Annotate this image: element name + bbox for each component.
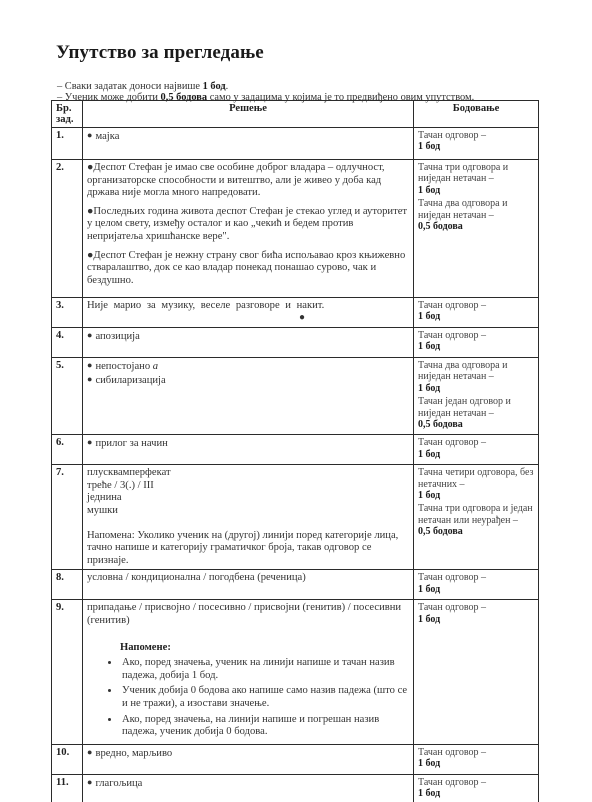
scoring-points: 1 бод [418, 449, 440, 460]
table-row: 2.●Деспот Стефан је имао све особине доб… [52, 160, 539, 298]
solution-paragraph: ●Деспот Стефан је нежну страну свог бића… [87, 250, 409, 288]
bullet-icon: ● [87, 777, 92, 787]
task-number: 5. [52, 358, 83, 435]
notes-item: Ученик добија 0 бодова ако напише само н… [120, 685, 409, 710]
scoring-cell: Тачан одговор –1 бод [414, 570, 539, 600]
scoring-criteria: Тачан одговор – [418, 437, 534, 448]
bullet-icon: ● [87, 313, 409, 323]
bullet-icon: ● [87, 437, 92, 447]
solution-cell: условна / кондиционална / погодбена (реч… [83, 570, 414, 600]
solution-cell: ●вредно, марљиво [83, 744, 414, 774]
table-header-row: Бр. зад. Решење Бодовање [52, 101, 539, 128]
table-row: 10.●вредно, марљивоТачан одговор –1 бод [52, 744, 539, 774]
bullet-icon: ● [87, 374, 92, 384]
task-number: 10. [52, 744, 83, 774]
scoring-criteria: Тачан одговор – [418, 130, 534, 141]
bullet-icon: ● [87, 130, 92, 140]
solution-line: плусквамперфекат [87, 467, 409, 480]
scoring-criteria: Тачан одговор – [418, 747, 534, 758]
scoring-block: Тачан одговор –1 бод [418, 300, 534, 323]
scoring-points: 1 бод [418, 584, 440, 595]
solution-cell: Није марио за музику, веселе разговоре и… [83, 298, 414, 328]
scoring-block: Тачна два одговора и ниједан нетачан –0,… [418, 198, 534, 232]
solution-paragraph: ●Последњих година живота деспот Стефан ј… [87, 206, 409, 244]
task-number: 1. [52, 128, 83, 160]
scoring-block: Тачна три одговора и један нетачан или н… [418, 503, 534, 537]
scoring-points: 1 бод [418, 383, 440, 394]
solution-cell: ●глагољица [83, 774, 414, 802]
table-row: 4.●апозицијаТачан одговор –1 бод [52, 328, 539, 358]
solution-text: Није марио за музику, веселе разговоре и… [87, 300, 409, 313]
scoring-points: 1 бод [418, 311, 440, 322]
solution-line: треће / 3(.) / III [87, 480, 409, 493]
scoring-criteria: Тачан одговор – [418, 300, 534, 311]
task-number: 6. [52, 435, 83, 465]
notes-title: Напомене: [120, 642, 409, 655]
task-number: 3. [52, 298, 83, 328]
solution-cell: плусквамперфекаттреће / 3(.) / IIIједнин… [83, 465, 414, 570]
solution-cell: ●Деспот Стефан је имао све особине добро… [83, 160, 414, 298]
scoring-cell: Тачан одговор –1 бод [414, 774, 539, 802]
scoring-block: Тачна два одговора и ниједан нетачан –1 … [418, 360, 534, 394]
scoring-criteria: Тачан одговор – [418, 777, 534, 788]
notes-item: Ако, поред значења, на линији напише и п… [120, 714, 409, 739]
bullet-line: ●сибиларизација [87, 374, 409, 388]
table-row: 6.●прилог за начинТачан одговор –1 бод [52, 435, 539, 465]
scoring-criteria: Тачан одговор – [418, 330, 534, 341]
scoring-block: Тачан одговор –1 бод [418, 437, 534, 460]
notes-item: Ако, поред значења, ученик на линији нап… [120, 657, 409, 682]
scoring-block: Тачна три одговора и ниједан нетачан –1 … [418, 162, 534, 196]
answer-text: Деспот Стефан је имао све особине доброг… [87, 162, 385, 198]
scoring-block: Тачан један одговор и ниједан нетачан –0… [418, 396, 534, 430]
scoring-points: 1 бод [418, 185, 440, 196]
solution-cell: ●непостојано а●сибиларизација [83, 358, 414, 435]
notes-list: Ако, поред значења, ученик на линији нап… [87, 657, 409, 739]
header-scoring: Бодовање [414, 101, 539, 128]
scoring-points: 0,5 бодова [418, 526, 463, 537]
scoring-criteria: Тачна три одговора и ниједан нетачан – [418, 162, 534, 185]
bullet-line: ●непостојано а [87, 360, 409, 374]
bullet-icon: ● [87, 360, 92, 370]
answer-text: Последњих година живота деспот Стефан је… [87, 206, 407, 242]
header-solution: Решење [83, 101, 414, 128]
scoring-criteria: Тачан одговор – [418, 602, 534, 613]
scoring-points: 0,5 бодова [418, 221, 463, 232]
task-number: 4. [52, 328, 83, 358]
scoring-cell: Тачна два одговора и ниједан нетачан –1 … [414, 358, 539, 435]
answer-text: Деспот Стефан је нежну страну свог бића … [87, 250, 405, 286]
table-row: 3.Није марио за музику, веселе разговоре… [52, 298, 539, 328]
bullet-line: ●апозиција [87, 330, 409, 344]
solution-cell: ●апозиција [83, 328, 414, 358]
scoring-criteria: Тачан одговор – [418, 572, 534, 583]
answer-text: прилог за начин [95, 438, 167, 449]
scoring-points: 1 бод [418, 788, 440, 799]
table-row: 11.●глагољицаТачан одговор –1 бод [52, 774, 539, 802]
answer-text: мајка [95, 131, 119, 142]
header-task-number: Бр. зад. [52, 101, 83, 128]
solution-line: мушки [87, 505, 409, 518]
scoring-points: 0,5 бодова [418, 419, 463, 430]
bullet-line: ●мајка [87, 130, 409, 144]
answer-text: сибиларизација [95, 375, 165, 386]
solution-text: припадање / присвојно / посесивно / прис… [87, 602, 409, 627]
bullet-line: ●вредно, марљиво [87, 747, 409, 761]
solution-cell: ●мајка [83, 128, 414, 160]
scoring-criteria: Тачна три одговора и један нетачан или н… [418, 503, 534, 526]
scoring-cell: Тачна три одговора и ниједан нетачан –1 … [414, 160, 539, 298]
bullet-line: ●прилог за начин [87, 437, 409, 451]
scoring-block: Тачан одговор –1 бод [418, 572, 534, 595]
table-row: 1.●мајкаТачан одговор –1 бод [52, 128, 539, 160]
task-number: 9. [52, 600, 83, 744]
task-number: 2. [52, 160, 83, 298]
page-title: Упутство за прегледање [56, 42, 264, 64]
scoring-cell: Тачан одговор –1 бод [414, 600, 539, 744]
scoring-points: 1 бод [418, 614, 440, 625]
solution-line: једнина [87, 492, 409, 505]
task-number: 8. [52, 570, 83, 600]
scoring-cell: Тачан одговор –1 бод [414, 435, 539, 465]
scoring-criteria: Тачна два одговора и ниједан нетачан – [418, 360, 534, 383]
scoring-block: Тачан одговор –1 бод [418, 777, 534, 800]
solution-paragraph: ●Деспот Стефан је имао све особине добро… [87, 162, 409, 200]
grading-table: Бр. зад. Решење Бодовање 1.●мајкаТачан о… [51, 100, 539, 802]
scoring-points: 1 бод [418, 341, 440, 352]
answer-text: глагољица [95, 778, 142, 789]
scoring-points: 1 бод [418, 758, 440, 769]
answer-text: вредно, марљиво [95, 748, 172, 759]
scoring-cell: Тачан одговор –1 бод [414, 328, 539, 358]
scoring-block: Тачан одговор –1 бод [418, 130, 534, 153]
table-row: 5.●непостојано а●сибиларизацијаТачна два… [52, 358, 539, 435]
solution-note: Напомена: Уколико ученик на (другој) лин… [87, 530, 409, 568]
scoring-cell: Тачан одговор –1 бод [414, 128, 539, 160]
answer-text: апозиција [95, 331, 139, 342]
scoring-cell: Тачна четири одговора, без нетачних –1 б… [414, 465, 539, 570]
solution-cell: ●прилог за начин [83, 435, 414, 465]
task-number: 7. [52, 465, 83, 570]
table-row: 8.условна / кондиционална / погодбена (р… [52, 570, 539, 600]
scoring-points: 1 бод [418, 490, 440, 501]
scoring-cell: Тачан одговор –1 бод [414, 744, 539, 774]
bullet-line: ●глагољица [87, 777, 409, 791]
bullet-icon: ● [87, 747, 92, 757]
table-row: 9.припадање / присвојно / посесивно / пр… [52, 600, 539, 744]
answer-text: непостојано [95, 361, 152, 372]
scoring-cell: Тачан одговор –1 бод [414, 298, 539, 328]
scoring-block: Тачна четири одговора, без нетачних –1 б… [418, 467, 534, 501]
scoring-criteria: Тачна два одговора и ниједан нетачан – [418, 198, 534, 221]
scoring-criteria: Тачна четири одговора, без нетачних – [418, 467, 534, 490]
spacer [87, 518, 409, 530]
scoring-block: Тачан одговор –1 бод [418, 747, 534, 770]
solution-text: условна / кондиционална / погодбена (реч… [87, 572, 409, 585]
bullet-icon: ● [87, 330, 92, 340]
scoring-block: Тачан одговор –1 бод [418, 330, 534, 353]
scoring-block: Тачан одговор –1 бод [418, 602, 534, 625]
scoring-criteria: Тачан један одговор и ниједан нетачан – [418, 396, 534, 419]
table-row: 7.плусквамперфекаттреће / 3(.) / IIIједн… [52, 465, 539, 570]
scoring-points: 1 бод [418, 141, 440, 152]
answer-italic: а [153, 361, 158, 372]
solution-cell: припадање / присвојно / посесивно / прис… [83, 600, 414, 744]
task-number: 11. [52, 774, 83, 802]
